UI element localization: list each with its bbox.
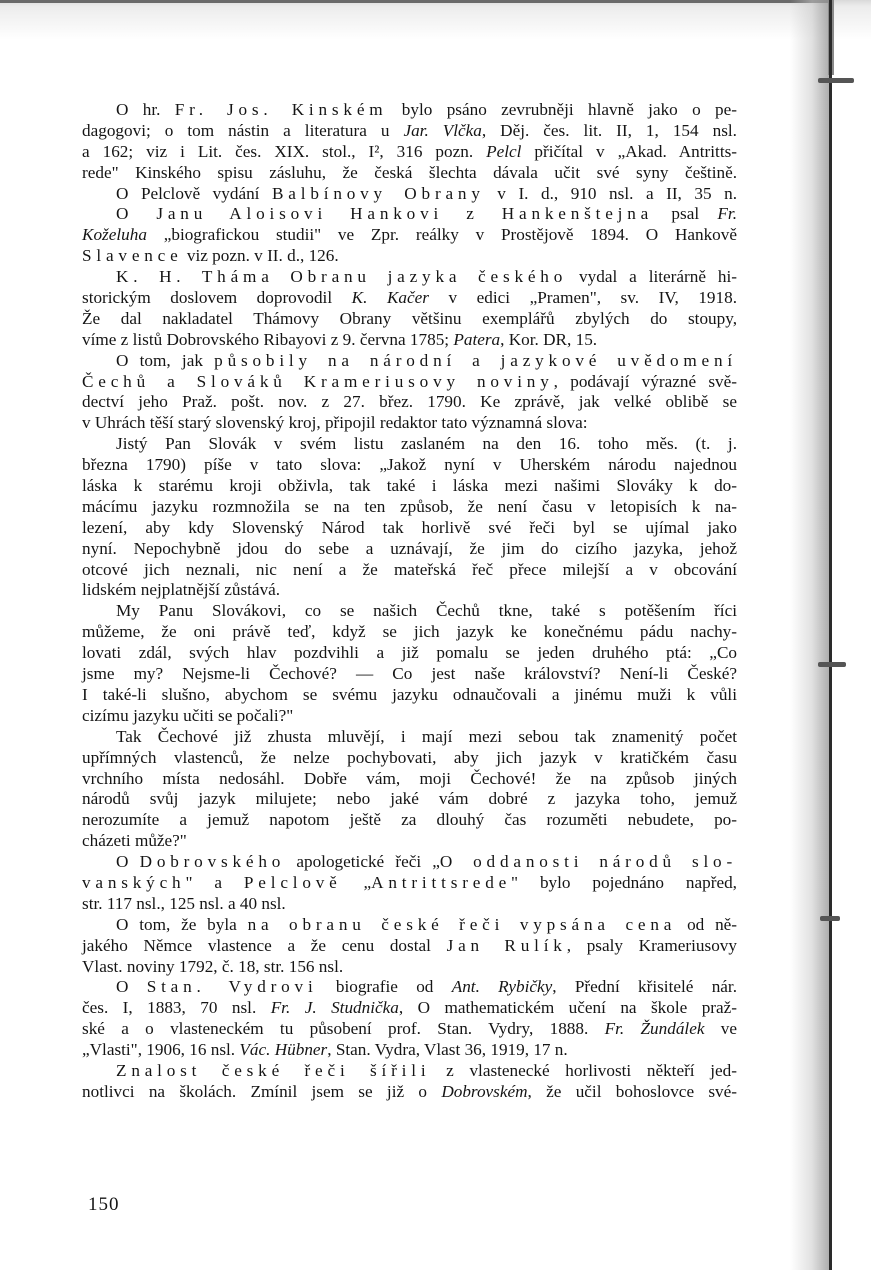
text-line: nyní. Nepochybně jdou do sebe a uznávají… (82, 539, 737, 560)
text-line: upřímných vlastenců, že nelze pochybovat… (82, 748, 737, 769)
text-segment: str. 117 nsl., 125 nsl. a 40 nsl. (82, 894, 286, 913)
italic-citation: Fr. J. Studnička (271, 998, 399, 1017)
text-segment: , psaly Krameriusovy (567, 936, 737, 955)
page-top-edge-shadow (0, 0, 830, 3)
text-segment: viz pozn. v II. d., 126. (183, 246, 339, 265)
text-segment: a 162; viz i Lit. čes. XIX. stol., I², 3… (82, 142, 486, 161)
spaced-emphasis: Fr. Jos. Kinském (175, 100, 388, 119)
binding-shadow (790, 0, 830, 1270)
text-line: vanských" a Pelclově „Antrittsrede" bylo… (82, 873, 737, 894)
spaced-emphasis: O oddanosti národů slo- (440, 852, 737, 871)
spaced-emphasis: vanských (82, 873, 185, 892)
text-segment: storickým doslovem doprovodil (82, 288, 352, 307)
spaced-emphasis: O Janu Aloisovi Hankovi z Hankenštejna (116, 204, 653, 223)
text-segment: nyní. Nepochybně jdou do sebe a uznávají… (82, 539, 737, 558)
text-line: nerozumíte a jemuž napotom ještě za dlou… (82, 810, 737, 831)
text-line: vrchního místa nedosáhl. Dobře vám, moji… (82, 769, 737, 790)
text-line: lezení, aby kdy Slovenský Národ tak horl… (82, 518, 737, 539)
text-line: O hr. Fr. Jos. Kinském bylo psáno zevrub… (82, 100, 737, 121)
italic-citation: Fr. Žundálek (605, 1019, 705, 1038)
spaced-emphasis: Znalost české řeči šířili (116, 1061, 430, 1080)
binding-staple (818, 662, 846, 667)
text-segment: „biografickou studii" ve Zpr. reálky v P… (147, 225, 737, 244)
text-segment: I také-li slušno, abychom se svému jazyk… (82, 685, 737, 704)
italic-citation: Fr. (717, 204, 737, 223)
text-segment: psal (653, 204, 717, 223)
text-segment: rede" Kinského spisu zásluhu, že česká š… (82, 163, 737, 182)
text-line: dagogovi; o tom nástin a literatura u Ja… (82, 121, 737, 142)
text-segment: lidském nejplatnější zůstává. (82, 580, 280, 599)
page-number: 150 (88, 1194, 120, 1216)
text-line: mácímu jazyku rozmnožila se na ten způso… (82, 497, 737, 518)
text-line: v Uhrách těší starý slovenský kroj, přip… (82, 413, 737, 434)
text-segment: bylo psáno zevrubněji hlavně jako o pe- (387, 100, 737, 119)
text-line: otcové jich neznali, nic není a že mateř… (82, 560, 737, 581)
text-line: cizímu jazyku učiti se počali?" (82, 706, 737, 727)
text-line: Koželuha „biografickou studii" ve Zpr. r… (82, 225, 737, 246)
text-line: Že dal nakladatel Thámovy Obrany většinu… (82, 309, 737, 330)
text-segment: přičítal v „Akad. Antritts- (521, 142, 737, 161)
italic-citation: K. Kačer (352, 288, 429, 307)
text-segment: čes. I, 1883, 70 nsl. (82, 998, 271, 1017)
text-line: O Dobrovského apologetické řeči „O oddan… (82, 852, 737, 873)
spaced-emphasis: Slavence (82, 246, 183, 265)
text-segment: , O mathematickém učení na škole praž- (399, 998, 737, 1017)
spaced-emphasis: Jan Rulík (447, 936, 567, 955)
text-segment: lezení, aby kdy Slovenský Národ tak horl… (82, 518, 737, 537)
text-line: Vlast. noviny 1792, č. 18, str. 156 nsl. (82, 957, 737, 978)
text-segment: Jistý Pan Slovák v svém listu zaslaném n… (116, 434, 737, 453)
spaced-emphasis: působily na národní a jazykové uvědomení (214, 351, 737, 370)
italic-citation: Koželuha (82, 225, 147, 244)
text-segment: apologetické řeči „ (285, 852, 440, 871)
text-segment: jakého Němce vlastence a že cenu dostal (82, 936, 447, 955)
text-segment: z vlastenecké horlivosti někteří jed- (430, 1061, 737, 1080)
text-segment: od ně- (676, 915, 737, 934)
text-line: můžeme, že oni právě teď, když se jich j… (82, 622, 737, 643)
text-segment: otcové jich neznali, nic není a že mateř… (82, 560, 737, 579)
text-segment: můžeme, že oni právě teď, když se jich j… (82, 622, 737, 641)
text-segment: dagogovi; o tom nástin a literatura u (82, 121, 403, 140)
spaced-emphasis: Dobrovského (140, 852, 286, 871)
text-line: rede" Kinského spisu zásluhu, že česká š… (82, 163, 737, 184)
text-line: str. 117 nsl., 125 nsl. a 40 nsl. (82, 894, 737, 915)
text-line: O tom, že byla na obranu české řeči vyps… (82, 915, 737, 936)
text-segment: O tom, že byla (116, 915, 248, 934)
text-line: I také-li slušno, abychom se svému jazyk… (82, 685, 737, 706)
text-segment: v edici „Pramen", sv. IV, 1918. (429, 288, 737, 307)
text-segment: " bylo pojednáno napřed, (511, 873, 737, 892)
text-line: notlivci na školách. Zmínil jsem se již … (82, 1082, 737, 1103)
text-segment: " a (185, 873, 243, 892)
text-segment: vrchního místa nedosáhl. Dobře vám, moji… (82, 769, 737, 788)
text-segment: , že učil bohoslovce své- (528, 1082, 737, 1101)
scanned-book-page: O hr. Fr. Jos. Kinském bylo psáno zevrub… (0, 0, 871, 1270)
text-segment: dectví jeho Praž. pošt. nov. z 27. břez.… (82, 392, 737, 411)
italic-citation: Pelcl (486, 142, 521, 161)
text-line: dectví jeho Praž. pošt. nov. z 27. břez.… (82, 392, 737, 413)
spaced-emphasis: K. H. Tháma Obranu jazyka českého (116, 267, 567, 286)
text-segment: března 1790) píše v tato slova: „Jakož n… (82, 455, 737, 474)
text-segment: ské a o vlasteneckém tu působení prof. S… (82, 1019, 605, 1038)
text-line: čes. I, 1883, 70 nsl. Fr. J. Studnička, … (82, 998, 737, 1019)
text-segment: Vlast. noviny 1792, č. 18, str. 156 nsl. (82, 957, 343, 976)
text-line: K. H. Tháma Obranu jazyka českého vydal … (82, 267, 737, 288)
text-line: Jistý Pan Slovák v svém listu zaslaném n… (82, 434, 737, 455)
text-segment: O tom, jak (116, 351, 214, 370)
text-segment: jsme my? Nejsme-li Čechové? — Co jest na… (82, 664, 737, 683)
text-segment: mácímu jazyku rozmnožila se na ten způso… (82, 497, 737, 516)
text-segment: , Kor. DR, 15. (500, 330, 597, 349)
text-line: lidském nejplatnější zůstává. (82, 580, 737, 601)
text-line: láska k starému kroji obživla, tak také … (82, 476, 737, 497)
spaced-emphasis: Čechů a Slováků Krameriusovy noviny (82, 372, 554, 391)
spaced-emphasis: Pelclově (244, 873, 342, 892)
text-segment: „Vlasti", 1906, 16 nsl. (82, 1040, 239, 1059)
text-segment: notlivci na školách. Zmínil jsem se již … (82, 1082, 441, 1101)
text-segment: O Pelclově vydání (116, 184, 272, 203)
text-segment: lovati zdál, svých hlav pozdvihli a již … (82, 643, 737, 662)
text-segment: nerozumíte a jemuž napotom ještě za dlou… (82, 810, 737, 829)
text-line: ské a o vlasteneckém tu působení prof. S… (82, 1019, 737, 1040)
text-line: cházeti může?" (82, 831, 737, 852)
italic-citation: Patera (453, 330, 500, 349)
text-line: storickým doslovem doprovodil K. Kačer v… (82, 288, 737, 309)
text-line: Znalost české řeči šířili z vlastenecké … (82, 1061, 737, 1082)
text-line: O Pelclově vydání Balbínovy Obrany v I. … (82, 184, 737, 205)
text-segment: , Stan. Vydra, Vlast 36, 1919, 17 n. (327, 1040, 567, 1059)
spaced-emphasis: Stan. Vydrovi (147, 977, 318, 996)
text-line: My Panu Slovákovi, co se našich Čechů tk… (82, 601, 737, 622)
text-line: Tak Čechové již zhusta mluvějí, i mají m… (82, 727, 737, 748)
spaced-emphasis: Antrittsrede (371, 873, 511, 892)
text-segment: „ (342, 873, 372, 892)
text-segment: O hr. (116, 100, 175, 119)
binding-staple (818, 78, 854, 83)
text-segment: láska k starému kroji obživla, tak také … (82, 476, 737, 495)
italic-citation: Jar. Vlčka (403, 121, 481, 140)
text-segment: v Uhrách těší starý slovenský kroj, přip… (82, 413, 587, 432)
text-segment: My Panu Slovákovi, co se našich Čechů tk… (116, 601, 737, 620)
text-segment: upřímných vlastenců, že nelze pochybovat… (82, 748, 737, 767)
italic-citation: Ant. Rybičky (452, 977, 553, 996)
text-line: národů svůj jazyk milujete; nebo jaké vá… (82, 789, 737, 810)
text-line: jsme my? Nejsme-li Čechové? — Co jest na… (82, 664, 737, 685)
text-line: O Stan. Vydrovi biografie od Ant. Rybičk… (82, 977, 737, 998)
text-line: O Janu Aloisovi Hankovi z Hankenštejna p… (82, 204, 737, 225)
text-segment: vydal a literárně hi- (567, 267, 737, 286)
text-segment: cizímu jazyku učiti se počali?" (82, 706, 293, 725)
text-segment: , Přední křisitelé nár. (552, 977, 737, 996)
text-line: Slavence viz pozn. v II. d., 126. (82, 246, 737, 267)
italic-citation: Vác. Hübner (239, 1040, 327, 1059)
text-line: Čechů a Slováků Krameriusovy noviny, pod… (82, 372, 737, 393)
binding-staple (820, 916, 840, 921)
text-segment: Že dal nakladatel Thámovy Obrany většinu… (82, 309, 737, 328)
text-segment: , Děj. čes. lit. II, 1, 154 nsl. (482, 121, 737, 140)
italic-citation: Dobrovském (441, 1082, 527, 1101)
text-line: a 162; viz i Lit. čes. XIX. stol., I², 3… (82, 142, 737, 163)
text-segment: biografie od (318, 977, 452, 996)
text-line: jakého Němce vlastence a že cenu dostal … (82, 936, 737, 957)
spaced-emphasis: na obranu české řeči vypsána cena (248, 915, 677, 934)
text-line: března 1790) píše v tato slova: „Jakož n… (82, 455, 737, 476)
text-segment: v I. d., 910 nsl. a II, 35 n. (485, 184, 737, 203)
text-line: „Vlasti", 1906, 16 nsl. Vác. Hübner, Sta… (82, 1040, 737, 1061)
text-segment: O (116, 852, 140, 871)
text-segment: národů svůj jazyk milujete; nebo jaké vá… (82, 789, 737, 808)
text-line: lovati zdál, svých hlav pozdvihli a již … (82, 643, 737, 664)
text-line: víme z listů Dobrovského Ribayovi z 9. č… (82, 330, 737, 351)
text-segment: O (116, 977, 147, 996)
text-segment: ve (704, 1019, 737, 1038)
spaced-emphasis: Balbínovy Obrany (272, 184, 485, 203)
text-segment: víme z listů Dobrovského Ribayovi z 9. č… (82, 330, 453, 349)
text-segment: cházeti může?" (82, 831, 187, 850)
text-segment: , podávají výrazné svě- (554, 372, 737, 391)
text-line: O tom, jak působily na národní a jazykov… (82, 351, 737, 372)
body-text: O hr. Fr. Jos. Kinském bylo psáno zevrub… (82, 100, 737, 1103)
text-segment: Tak Čechové již zhusta mluvějí, i mají m… (116, 727, 737, 746)
binding-spine-line (829, 0, 832, 1270)
